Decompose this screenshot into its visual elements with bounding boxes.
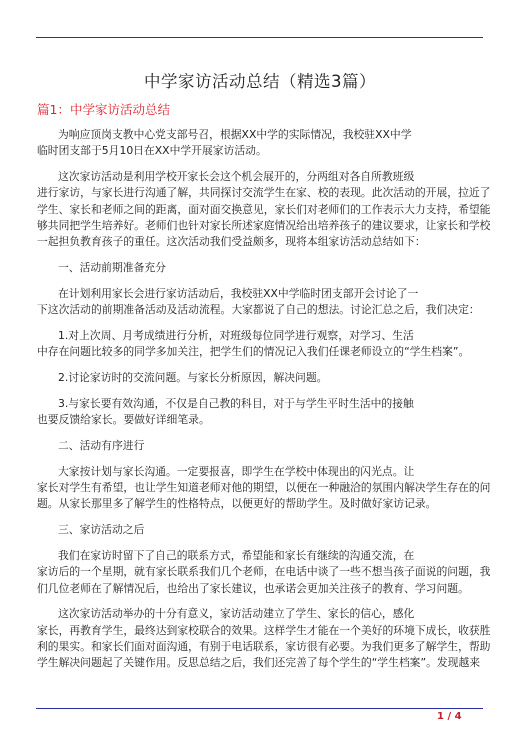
paragraph-line: 1.对上次周、月考成绩进行分析，对班级每位同学进行观察，对学习、生活 xyxy=(37,328,489,344)
paragraph: 3.与家长要有效沟通，不仅是自己教的科目，对于与学生平时生活中的接触 也要反馈给… xyxy=(37,396,489,429)
paragraph-line: 学生、家长和老师之间的距离，面对面交换意见，家长们对老师们的工作表示大力支持，希… xyxy=(37,202,489,218)
paragraph-line: 2.讨论家访时的交流问题。与家长分析原因，解决问题。 xyxy=(37,370,489,386)
paragraph-line: 学生解决问题起了关键作用。反思总结之后，我们还完善了每个学生的“学生档案”。发现… xyxy=(37,655,489,671)
paragraph-line: 大家按计划与家长沟通。一定要报喜，即学生在学校中体现出的闪光点。让 xyxy=(37,464,489,480)
paragraph-line: 家长对学生有希望，也让学生知道老师对他的期望，以便在一种融洽的氛围内解决学生存在… xyxy=(37,480,489,496)
document-title: 中学家访活动总结（精选3篇） xyxy=(0,68,520,92)
paragraph: 大家按计划与家长沟通。一定要报喜，即学生在学校中体现出的闪光点。让 家长对学生有… xyxy=(37,464,489,513)
paragraph: 1.对上次周、月考成绩进行分析，对班级每位同学进行观察，对学习、生活 中存在问题… xyxy=(37,328,489,361)
paragraph-line: 家访后的一个星期，就有家长联系我们几个老师，在电话中谈了一些不想当孩子面说的问题… xyxy=(37,564,489,580)
paragraph-line: 中存在问题比较多的同学多加关注，把学生们的情况记入我们任课老师设立的“学生档案”… xyxy=(37,344,489,360)
paragraph-line: 为响应顶岗支教中心党支部号召，根据XX中学的实际情况，我校驻XX中学 xyxy=(37,127,489,143)
paragraph-line: 3.与家长要有效沟通，不仅是自己教的科目，对于与学生平时生活中的接触 xyxy=(37,396,489,412)
paragraph-line: 下这次活动的前期准备活动及活动流程。大家都说了自己的想法。讨论汇总之后，我们决定… xyxy=(37,302,489,318)
paragraph-line: 们几位老师在了解情况后，也给出了家长建议，也承诺会更加关注孩子的教育、学习问题。 xyxy=(37,581,489,597)
paragraph-line: 利的果实。和家长们面对面沟通，有别于电话联系，家访很有必要。为我们更多了解学生，… xyxy=(37,639,489,655)
paragraph-line: 临时团支部于5月10日在XX中学开展家访活动。 xyxy=(37,143,489,159)
paragraph: 这次家访活动是利用学校开家长会这个机会展开的，分两组对各自所教班级 进行家访，与… xyxy=(37,169,489,250)
paragraph: 为响应顶岗支教中心党支部号召，根据XX中学的实际情况，我校驻XX中学 临时团支部… xyxy=(37,127,489,160)
paragraph-line: 这次家访活动是利用学校开家长会这个机会展开的，分两组对各自所教班级 xyxy=(37,169,489,185)
paragraph-line: 我们在家访时留下了自己的联系方式，希望能和家长有继续的沟通交流，在 xyxy=(37,548,489,564)
paragraph: 这次家访活动举办的十分有意义，家访活动建立了学生、家长的信心，感化 家长，再教育… xyxy=(37,606,489,671)
paragraph-line: 题。从家长那里多了解学生的性格特点，以便更好的帮助学生。及时做好家访记录。 xyxy=(37,496,489,512)
paragraph-line: 进行家访，与家长进行沟通了解，共同探讨交流学生在家、校的表现。此次活动的开展，拉… xyxy=(37,185,489,201)
paragraph: 我们在家访时留下了自己的联系方式，希望能和家长有继续的沟通交流，在 家访后的一个… xyxy=(37,548,489,597)
page-number: 1 / 4 xyxy=(437,711,462,722)
paragraph-line: 在计划利用家长会进行家访活动后，我校驻XX中学临时团支部开会讨论了一 xyxy=(37,286,489,302)
section-heading: 二、活动有序进行 xyxy=(37,438,489,454)
header-rule xyxy=(36,37,483,38)
paragraph: 2.讨论家访时的交流问题。与家长分析原因，解决问题。 xyxy=(37,370,489,386)
section-heading: 三、家访活动之后 xyxy=(37,522,489,538)
section-title: 篇1：中学家访活动总结 xyxy=(37,100,170,118)
document-body: 为响应顶岗支教中心党支部号召，根据XX中学的实际情况，我校驻XX中学 临时团支部… xyxy=(37,127,489,681)
section-heading: 一、活动前期准备充分 xyxy=(37,260,489,276)
paragraph-line: 这次家访活动举办的十分有意义，家访活动建立了学生、家长的信心，感化 xyxy=(37,606,489,622)
paragraph-line: 家长，再教育学生，最终达到家校联合的效果。这样学生才能在一个美好的环境下成长，收… xyxy=(37,623,489,639)
paragraph-line: 也要反馈给家长。要做好详细笔录。 xyxy=(37,412,489,428)
paragraph-line: 够共同把学生培养好。老师们也针对家长所述家庭情况给出培养孩子的建议要求，让家长和… xyxy=(37,218,489,234)
footer-rule xyxy=(36,708,483,709)
paragraph: 在计划利用家长会进行家访活动后，我校驻XX中学临时团支部开会讨论了一 下这次活动… xyxy=(37,286,489,319)
paragraph-line: 一起担负教育孩子的重任。这次活动我们受益颇多，现将本组家访活动总结如下： xyxy=(37,234,489,250)
